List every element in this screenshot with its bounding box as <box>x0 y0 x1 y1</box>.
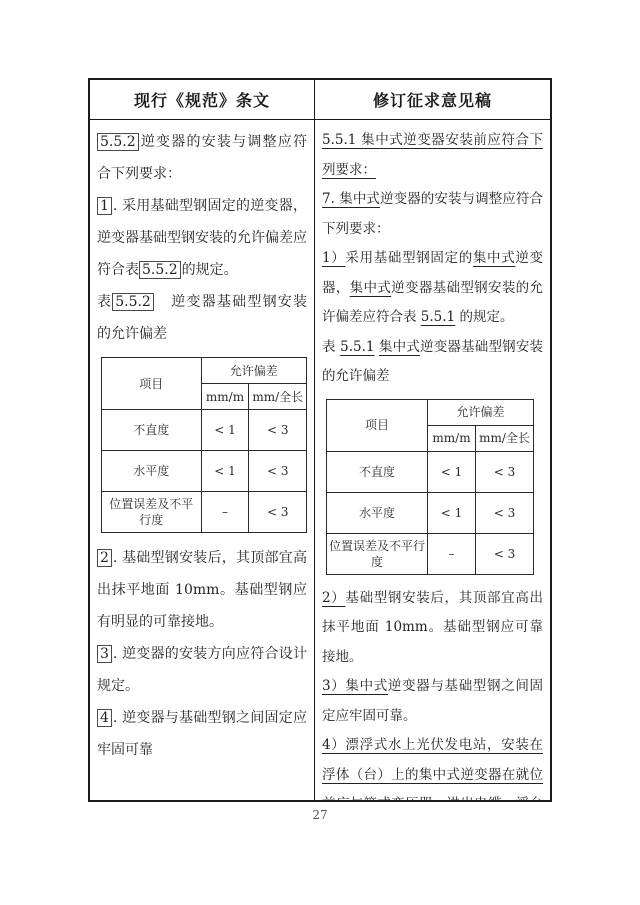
column-header-current-label: 现行《规范》条文 <box>134 88 270 111</box>
table-header-deviation: 允许偏差 <box>201 358 306 384</box>
document-page: 现行《规范》条文 修订征求意见稿 5.5.2逆变器的安装与调整应符合下列要求： … <box>0 0 640 905</box>
boxed-item-number: 4 <box>97 709 112 727</box>
paragraph-item-2: 2）基础型钢安装后，其顶部宜高出抹平地面 10mm。基础型钢应可靠接地。 <box>322 584 543 673</box>
text-segment: 5.5.1 <box>421 309 455 325</box>
table-cell: < 1 <box>201 410 249 451</box>
comparison-table: 现行《规范》条文 修订征求意见稿 5.5.2逆变器的安装与调整应符合下列要求： … <box>88 78 552 802</box>
table-cell: < 1 <box>428 492 476 533</box>
text-segment: . 逆变器的安装方向应符合设计规定。 <box>97 646 307 694</box>
table-cell: < 1 <box>428 451 476 492</box>
boxed-table-ref: 5.5.2 <box>139 261 181 279</box>
table-cell: < 3 <box>249 492 307 533</box>
boxed-item-number: 3 <box>97 645 112 663</box>
table-row-position-error: 位置误差及不平行度 – < 3 <box>327 533 534 574</box>
table-cell: 不直度 <box>102 410 202 451</box>
text-segment: 1） <box>322 250 345 266</box>
text-segment: 3）集中式 <box>322 678 388 694</box>
table-subheader-mm-per-m: mm/m <box>201 384 249 410</box>
text-segment: 的规定。 <box>455 309 513 325</box>
text-segment: 表 <box>97 294 112 310</box>
table-header-item: 项目 <box>327 399 428 451</box>
paragraph-item-1: 1）采用基础型钢固定的集中式逆变器，集中式逆变器基础型钢安装的允许偏差应符合表 … <box>322 244 543 333</box>
column-header-current: 现行《规范》条文 <box>90 80 315 120</box>
paragraph-item-3: 3. 逆变器的安装方向应符合设计规定。 <box>97 638 307 702</box>
table-cell: < 1 <box>201 451 249 492</box>
column-header-revision: 修订征求意见稿 <box>315 80 550 120</box>
text-segment: 集中式 <box>350 280 392 296</box>
table-cell: 位置误差及不平行度 <box>327 533 428 574</box>
boxed-item-number: 1 <box>97 197 112 215</box>
text-segment: 集中式 <box>379 339 420 355</box>
text-segment: 4）漂浮式水上光伏发电站，安装在浮体（台）上的集中式逆变器在就位前应与箱式变压器… <box>322 737 543 800</box>
table-row-levelness: 水平度 < 1 < 3 <box>327 492 534 533</box>
paragraph-item-7: 7. 集中式逆变器的安装与调整应符合下列要求： <box>322 185 543 244</box>
paragraph-item-1: 1. 采用基础型钢固定的逆变器，逆变器基础型钢安装的允许偏差应符合表5.5.2的… <box>97 190 307 286</box>
table-subheader-mm-per-m: mm/m <box>428 425 476 451</box>
table-subheader-mm-full: mm/全长 <box>476 425 534 451</box>
paragraph-clause-5-5-2: 5.5.2逆变器的安装与调整应符合下列要求： <box>97 126 307 190</box>
paragraph-clause-5-5-1: 5.5.1 集中式逆变器安装前应符合下列要求： <box>322 126 543 185</box>
boxed-clause-number: 5.5.2 <box>97 133 139 151</box>
table-row-levelness: 水平度 < 1 < 3 <box>102 451 307 492</box>
column-header-revision-label: 修订征求意见稿 <box>373 88 492 111</box>
text-segment: 7. 集中式 <box>322 191 380 207</box>
text-segment: 基础型钢安装后，其顶部宜高出抹平地面 10mm。基础型钢应可靠接地。 <box>322 590 543 665</box>
table-cell: < 3 <box>476 533 534 574</box>
table-header-row: 项目 允许偏差 <box>327 399 534 425</box>
table-cell: 位置误差及不平行度 <box>102 492 202 533</box>
table-row-position-error: 位置误差及不平行度 – < 3 <box>102 492 307 533</box>
table-cell: – <box>201 492 249 533</box>
text-segment: 5.5.1 集中式逆变器安装前应符合下列要求： <box>322 132 543 178</box>
table-cell: 水平度 <box>102 451 202 492</box>
page-number: 27 <box>0 808 640 822</box>
boxed-item-number: 2 <box>97 549 112 567</box>
table-cell: 水平度 <box>327 492 428 533</box>
table-caption-revision: 表 5.5.1 集中式逆变器基础型钢安装的允许偏差 <box>322 333 543 392</box>
table-subheader-mm-full: mm/全长 <box>249 384 307 410</box>
table-header-row: 项目 允许偏差 <box>102 358 307 384</box>
table-header-deviation: 允许偏差 <box>428 399 534 425</box>
paragraph-item-4: 4）漂浮式水上光伏发电站，安装在浮体（台）上的集中式逆变器在就位前应与箱式变压器… <box>322 731 543 800</box>
paragraph-item-2: 2. 基础型钢安装后，其顶部宜高出抹平地面 10mm。基础型钢应有明显的可靠接地… <box>97 542 307 638</box>
boxed-table-number: 5.5.2 <box>112 293 154 311</box>
table-cell: 不直度 <box>327 451 428 492</box>
deviation-table-revision: 项目 允许偏差 mm/m mm/全长 不直度 < 1 < 3 水平度 < 1 <box>326 399 534 575</box>
text-segment: 2） <box>322 590 345 606</box>
table-cell: < 3 <box>476 492 534 533</box>
revision-column-body: 5.5.1 集中式逆变器安装前应符合下列要求： 7. 集中式逆变器的安装与调整应… <box>315 120 550 800</box>
table-cell: < 3 <box>249 451 307 492</box>
table-cell: – <box>428 533 476 574</box>
table-caption-current: 表5.5.2 逆变器基础型钢安装的允许偏差 <box>97 286 307 350</box>
table-cell: < 3 <box>476 451 534 492</box>
table-row-straightness: 不直度 < 1 < 3 <box>102 410 307 451</box>
text-segment: . 逆变器与基础型钢之间固定应牢固可靠 <box>97 710 307 758</box>
text-segment: 5.5.1 <box>340 339 374 355</box>
text-segment: 表 <box>322 339 340 355</box>
text-segment: 的规定。 <box>182 262 238 278</box>
text-segment: 采用基础型钢固定的 <box>345 250 472 266</box>
table-header-item: 项目 <box>102 358 202 410</box>
deviation-table-current: 项目 允许偏差 mm/m mm/全长 不直度 < 1 < 3 水平度 < 1 <box>101 357 307 533</box>
table-row-straightness: 不直度 < 1 < 3 <box>327 451 534 492</box>
table-cell: < 3 <box>249 410 307 451</box>
paragraph-item-4: 4. 逆变器与基础型钢之间固定应牢固可靠 <box>97 702 307 766</box>
text-segment: . 基础型钢安装后，其顶部宜高出抹平地面 10mm。基础型钢应有明显的可靠接地。 <box>97 550 307 630</box>
current-column-body: 5.5.2逆变器的安装与调整应符合下列要求： 1. 采用基础型钢固定的逆变器，逆… <box>90 120 315 800</box>
paragraph-item-3: 3）集中式逆变器与基础型钢之间固定应牢固可靠。 <box>322 672 543 731</box>
text-segment: 集中式 <box>473 250 515 266</box>
